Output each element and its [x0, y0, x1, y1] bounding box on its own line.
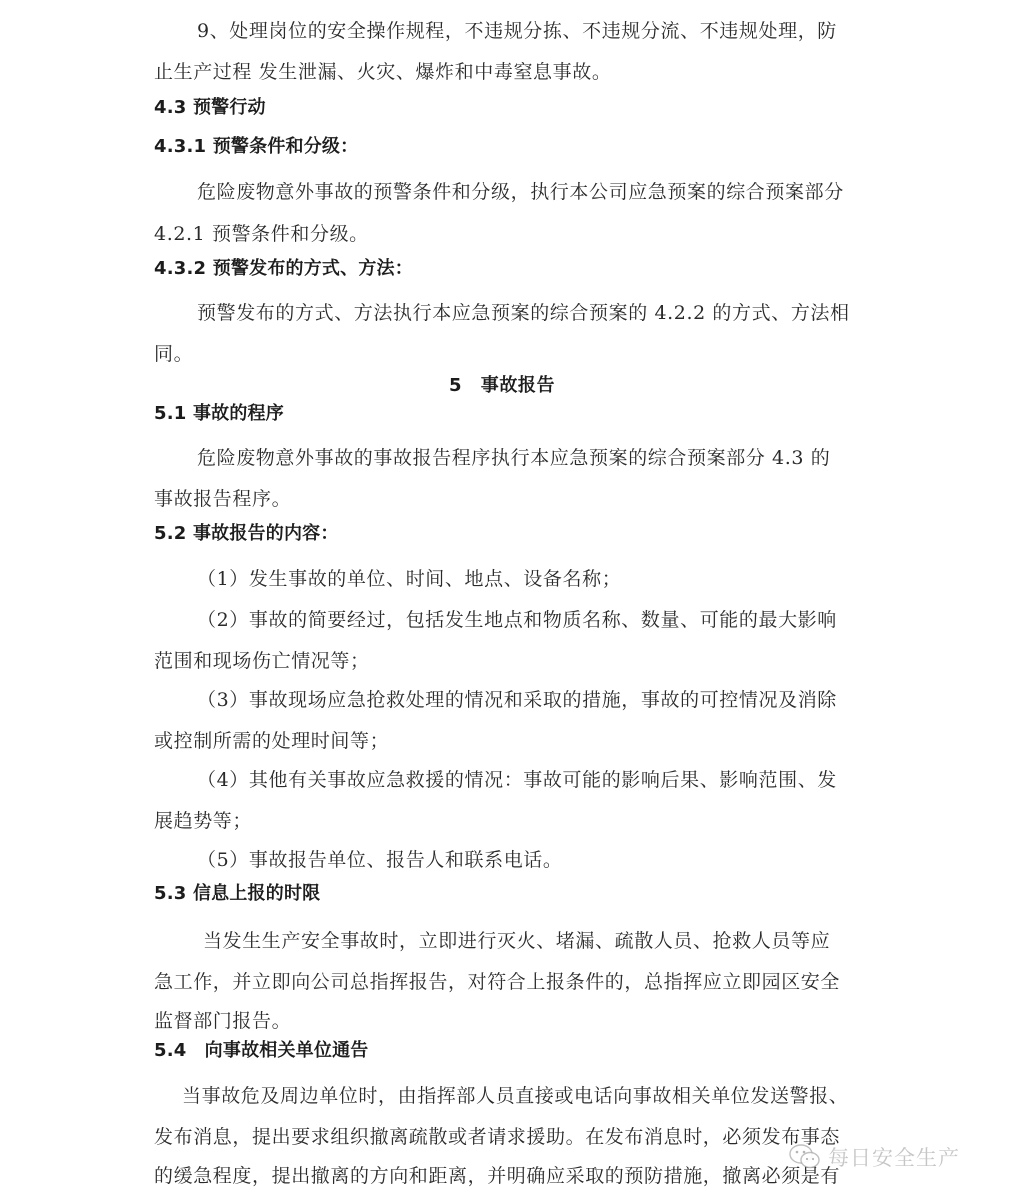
section-heading-4-3: 4.3 预警行动: [154, 96, 266, 120]
paragraph-line: 止生产过程 发生泄漏、火灾、爆炸和中毒窒息事故。: [154, 60, 611, 84]
list-item-continuation: 展趋势等；: [154, 809, 252, 833]
paragraph-line: 预警发布的方式、方法执行本应急预案的综合预案的 4.2.2 的方式、方法相: [197, 301, 850, 325]
watermark: 每日安全生产: [788, 1142, 960, 1172]
paragraph-line: 9、处理岗位的安全操作规程，不违规分拣、不违规分流、不违规处理，防: [197, 19, 837, 43]
chapter-heading-5: 5 事故报告: [449, 374, 555, 398]
paragraph-line: 4.2.1 预警条件和分级。: [154, 222, 369, 246]
paragraph-line: 急工作，并立即向公司总指挥报告，对符合上报条件的，总指挥应立即园区安全: [154, 970, 840, 994]
paragraph-line: 的缓急程度，提出撤离的方向和距离，并明确应采取的预防措施，撤离必须是有: [154, 1164, 840, 1188]
paragraph-line: 当发生生产安全事故时，立即进行灭火、堵漏、疏散人员、抢救人员等应: [203, 929, 830, 953]
list-item: （3）事故现场应急抢救处理的情况和采取的措施，事故的可控情况及消除: [197, 688, 837, 712]
paragraph-line: 危险废物意外事故的预警条件和分级，执行本公司应急预案的综合预案部分: [197, 180, 844, 204]
section-heading-4-3-1: 4.3.1 预警条件和分级：: [154, 135, 358, 159]
wechat-icon: [788, 1143, 822, 1171]
list-item-continuation: 范围和现场伤亡情况等；: [154, 649, 370, 673]
paragraph-line: 危险废物意外事故的事故报告程序执行本应急预案的综合预案部分 4.3 的: [197, 446, 830, 470]
list-item-continuation: 或控制所需的处理时间等；: [154, 729, 389, 753]
list-item: （2）事故的简要经过，包括发生地点和物质名称、数量、可能的最大影响: [197, 608, 837, 632]
list-item: （4）其他有关事故应急救援的情况：事故可能的影响后果、影响范围、发: [197, 768, 837, 792]
document-page: 9、处理岗位的安全操作规程，不违规分拣、不违规分流、不违规处理，防 止生产过程 …: [0, 0, 1012, 1200]
section-heading-5-2: 5.2 事故报告的内容：: [154, 522, 339, 546]
watermark-text: 每日安全生产: [828, 1142, 960, 1172]
paragraph-line: 当事故危及周边单位时，由指挥部人员直接或电话向事故相关单位发送警报、: [182, 1084, 848, 1108]
section-heading-5-3: 5.3 信息上报的时限: [154, 882, 320, 906]
list-item: （1）发生事故的单位、时间、地点、设备名称；: [197, 567, 621, 591]
paragraph-line: 发布消息，提出要求组织撤离疏散或者请求援助。在发布消息时，必须发布事态: [154, 1125, 840, 1149]
section-heading-5-4: 5.4 向事故相关单位通告: [154, 1039, 369, 1063]
paragraph-line: 监督部门报告。: [154, 1009, 291, 1033]
section-heading-5-1: 5.1 事故的程序: [154, 402, 284, 426]
paragraph-line: 事故报告程序。: [154, 487, 291, 511]
section-heading-4-3-2: 4.3.2 预警发布的方式、方法：: [154, 257, 413, 281]
list-item: （5）事故报告单位、报告人和联系电话。: [197, 848, 563, 872]
paragraph-line: 同。: [154, 342, 193, 366]
